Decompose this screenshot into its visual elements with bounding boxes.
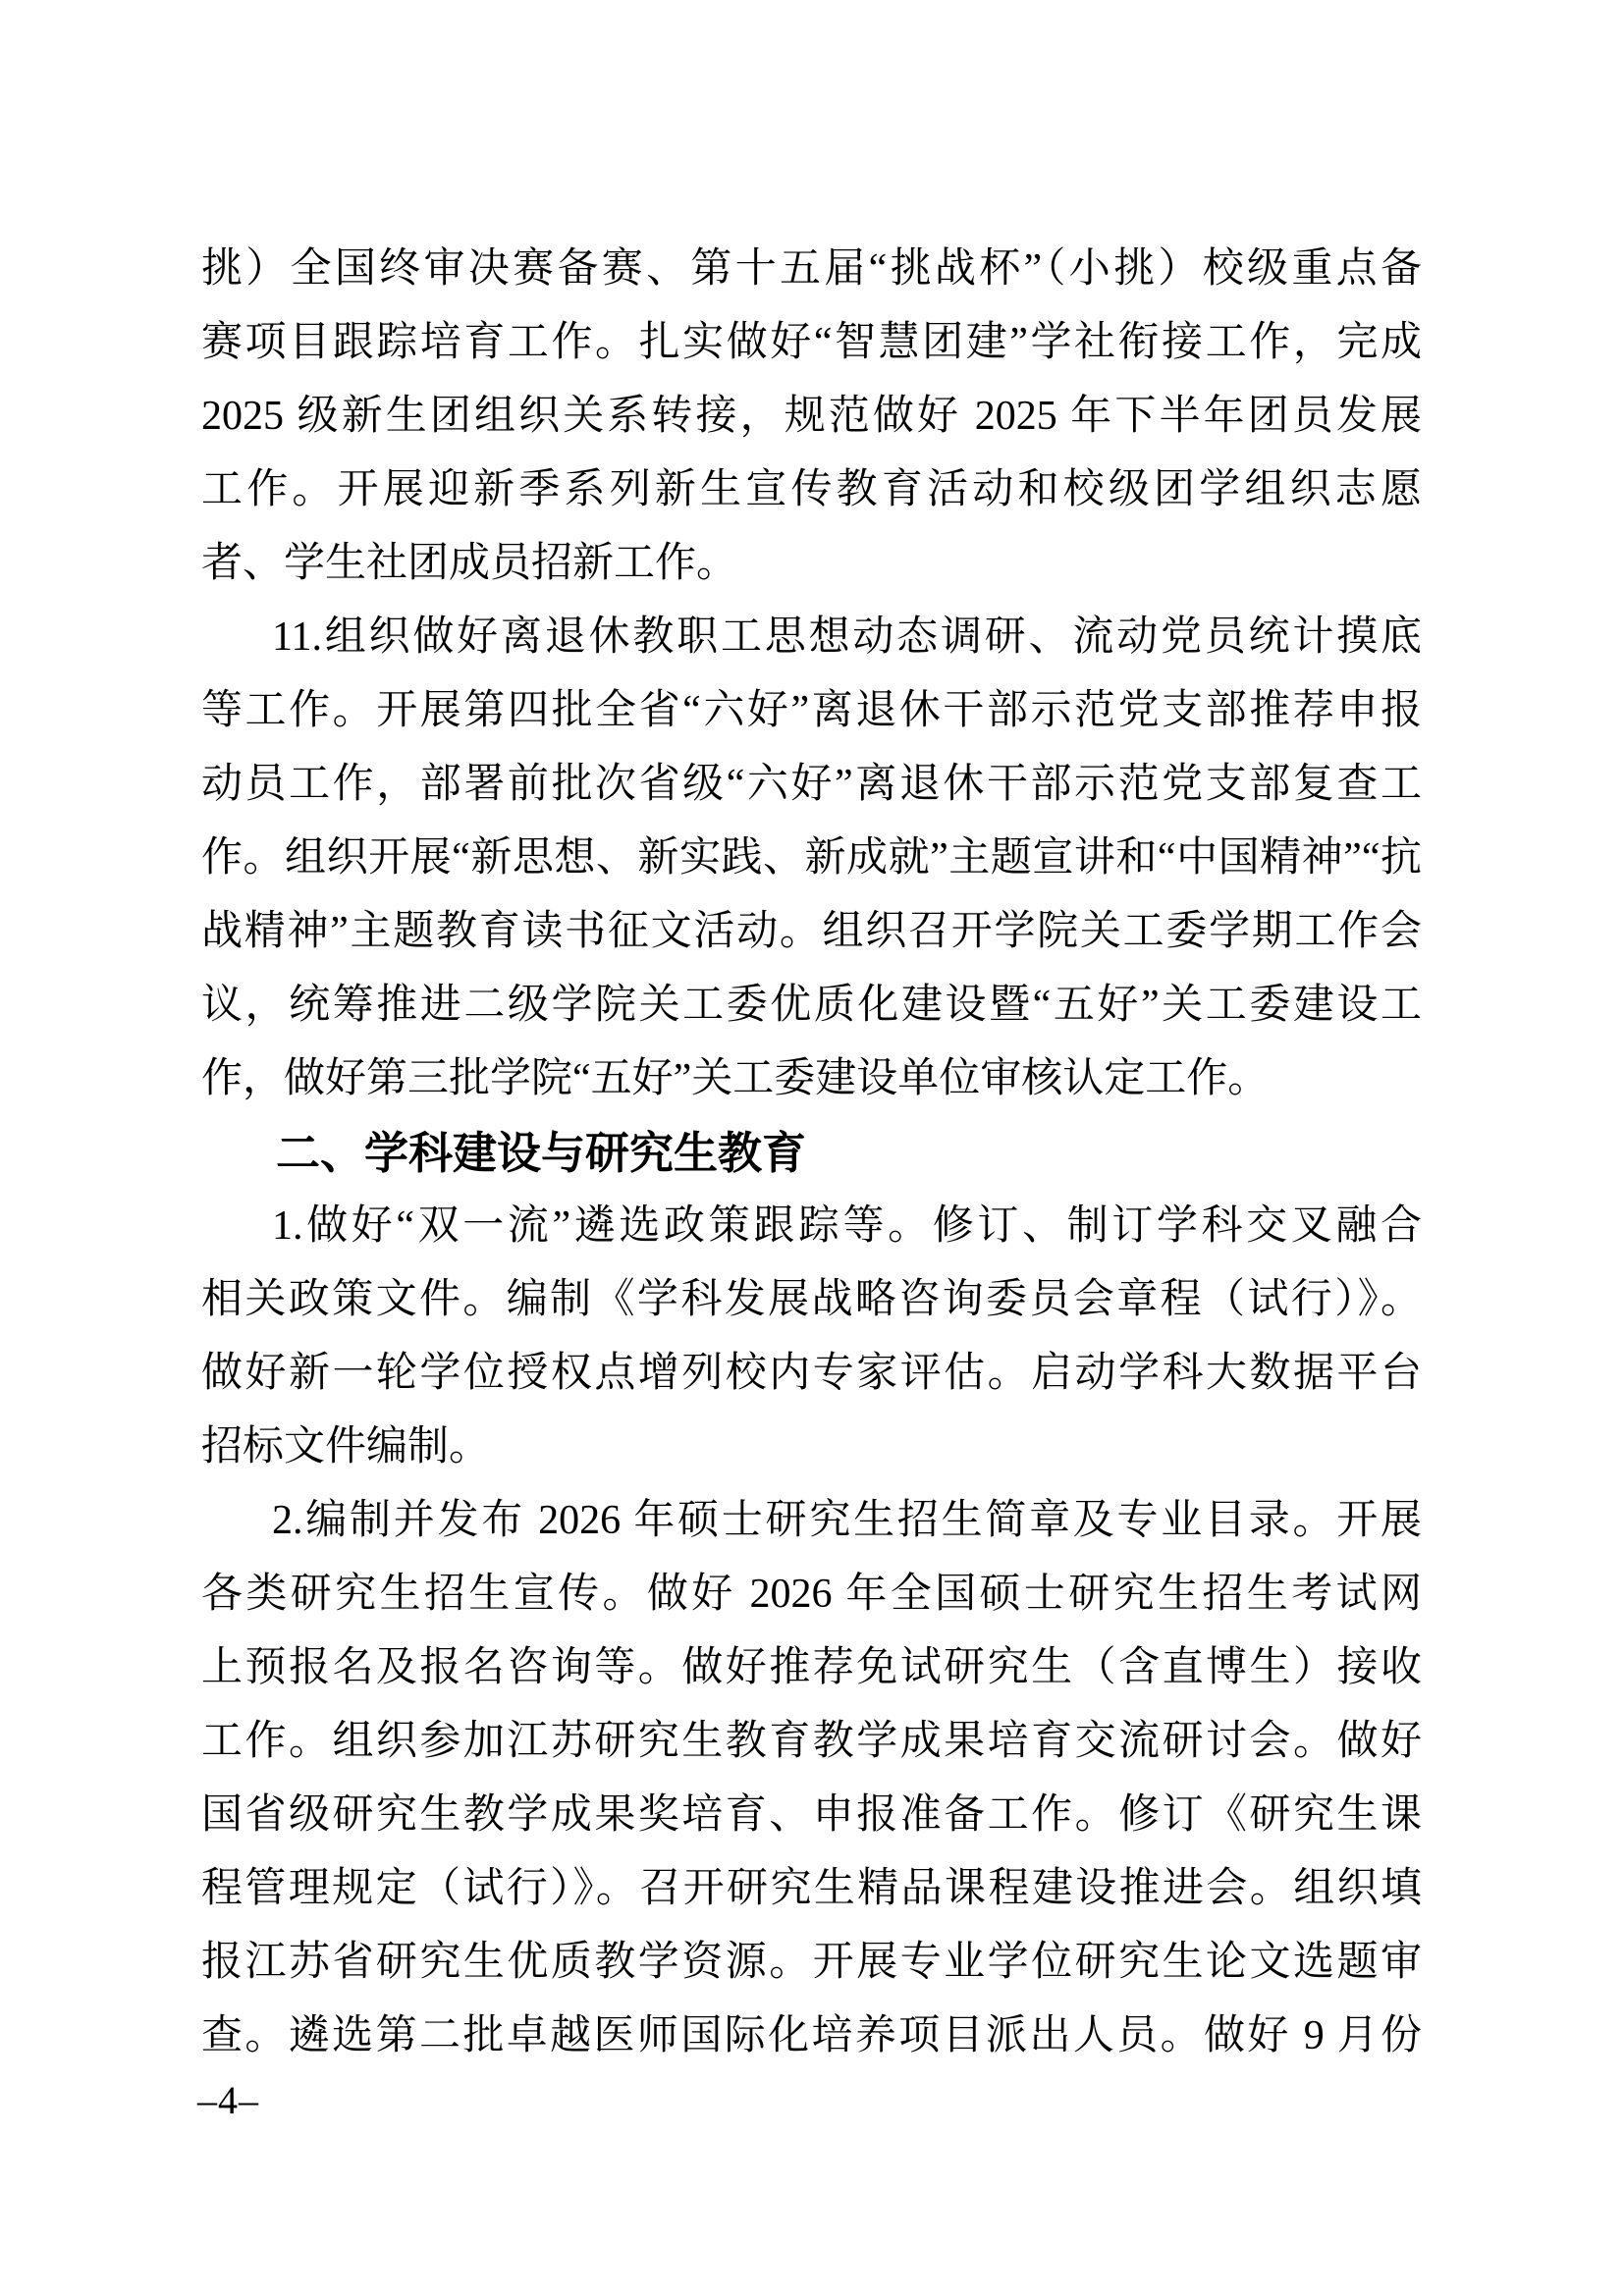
body-line: 报江苏省研究生优质教学资源。开展专业学位研究生论文选题审 <box>201 1926 1422 2000</box>
body-line: 11.组织做好离退休教职工思想动态调研、流动党员统计摸底 <box>201 601 1422 674</box>
body-line: 上预报名及报名咨询等。做好推荐免试研究生（含直博生）接收 <box>201 1631 1422 1705</box>
body-line: 国省级研究生教学成果奖培育、申报准备工作。修订《研究生课 <box>201 1779 1422 1852</box>
body-line: 招标文件编制。 <box>201 1411 1422 1484</box>
section-heading: 二、学科建设与研究生教育 <box>201 1116 1422 1190</box>
body-line: 等工作。开展第四批全省“六好”离退休干部示范党支部推荐申报 <box>201 674 1422 748</box>
body-line: 者、学生社团成员招新工作。 <box>201 527 1422 601</box>
body-line: 作。组织开展“新思想、新实践、新成就”主题宣讲和“中国精神”“抗 <box>201 822 1422 895</box>
body-line: 动员工作，部署前批次省级“六好”离退休干部示范党支部复查工 <box>201 748 1422 822</box>
body-line: 议，统筹推进二级学院关工委优质化建设暨“五好”关工委建设工 <box>201 969 1422 1042</box>
page-number: –4– <box>197 2077 259 2124</box>
body-line: 程管理规定（试行）》。召开研究生精品课程建设推进会。组织填 <box>201 1852 1422 1926</box>
document-text-block: 挑）全国终审决赛备赛、第十五届“挑战杯”（小挑）校级重点备 赛项目跟踪培育工作。… <box>201 233 1422 2073</box>
body-line: 工作。开展迎新季系列新生宣传教育活动和校级团学组织志愿 <box>201 454 1422 527</box>
body-line: 1.做好“双一流”遴选政策跟踪等。修订、制订学科交叉融合 <box>201 1190 1422 1263</box>
body-line: 做好新一轮学位授权点增列校内专家评估。启动学科大数据平台 <box>201 1337 1422 1411</box>
body-line: 赛项目跟踪培育工作。扎实做好“智慧团建”学社衔接工作，完成 <box>201 306 1422 380</box>
body-line: 战精神”主题教育读书征文活动。组织召开学院关工委学期工作会 <box>201 895 1422 969</box>
body-line: 查。遴选第二批卓越医师国际化培养项目派出人员。做好 9 月份 <box>201 2000 1422 2073</box>
body-line: 2025 级新生团组织关系转接，规范做好 2025 年下半年团员发展 <box>201 380 1422 454</box>
document-page: 挑）全国终审决赛备赛、第十五届“挑战杯”（小挑）校级重点备 赛项目跟踪培育工作。… <box>0 0 1624 2296</box>
body-line: 各类研究生招生宣传。做好 2026 年全国硕士研究生招生考试网 <box>201 1558 1422 1631</box>
body-line: 2.编制并发布 2026 年硕士研究生招生简章及专业目录。开展 <box>201 1484 1422 1558</box>
body-line: 相关政策文件。编制《学科发展战略咨询委员会章程（试行）》。 <box>201 1263 1422 1337</box>
body-line: 工作。组织参加江苏研究生教育教学成果培育交流研讨会。做好 <box>201 1705 1422 1779</box>
body-line: 挑）全国终审决赛备赛、第十五届“挑战杯”（小挑）校级重点备 <box>201 233 1422 306</box>
body-line: 作，做好第三批学院“五好”关工委建设单位审核认定工作。 <box>201 1042 1422 1116</box>
